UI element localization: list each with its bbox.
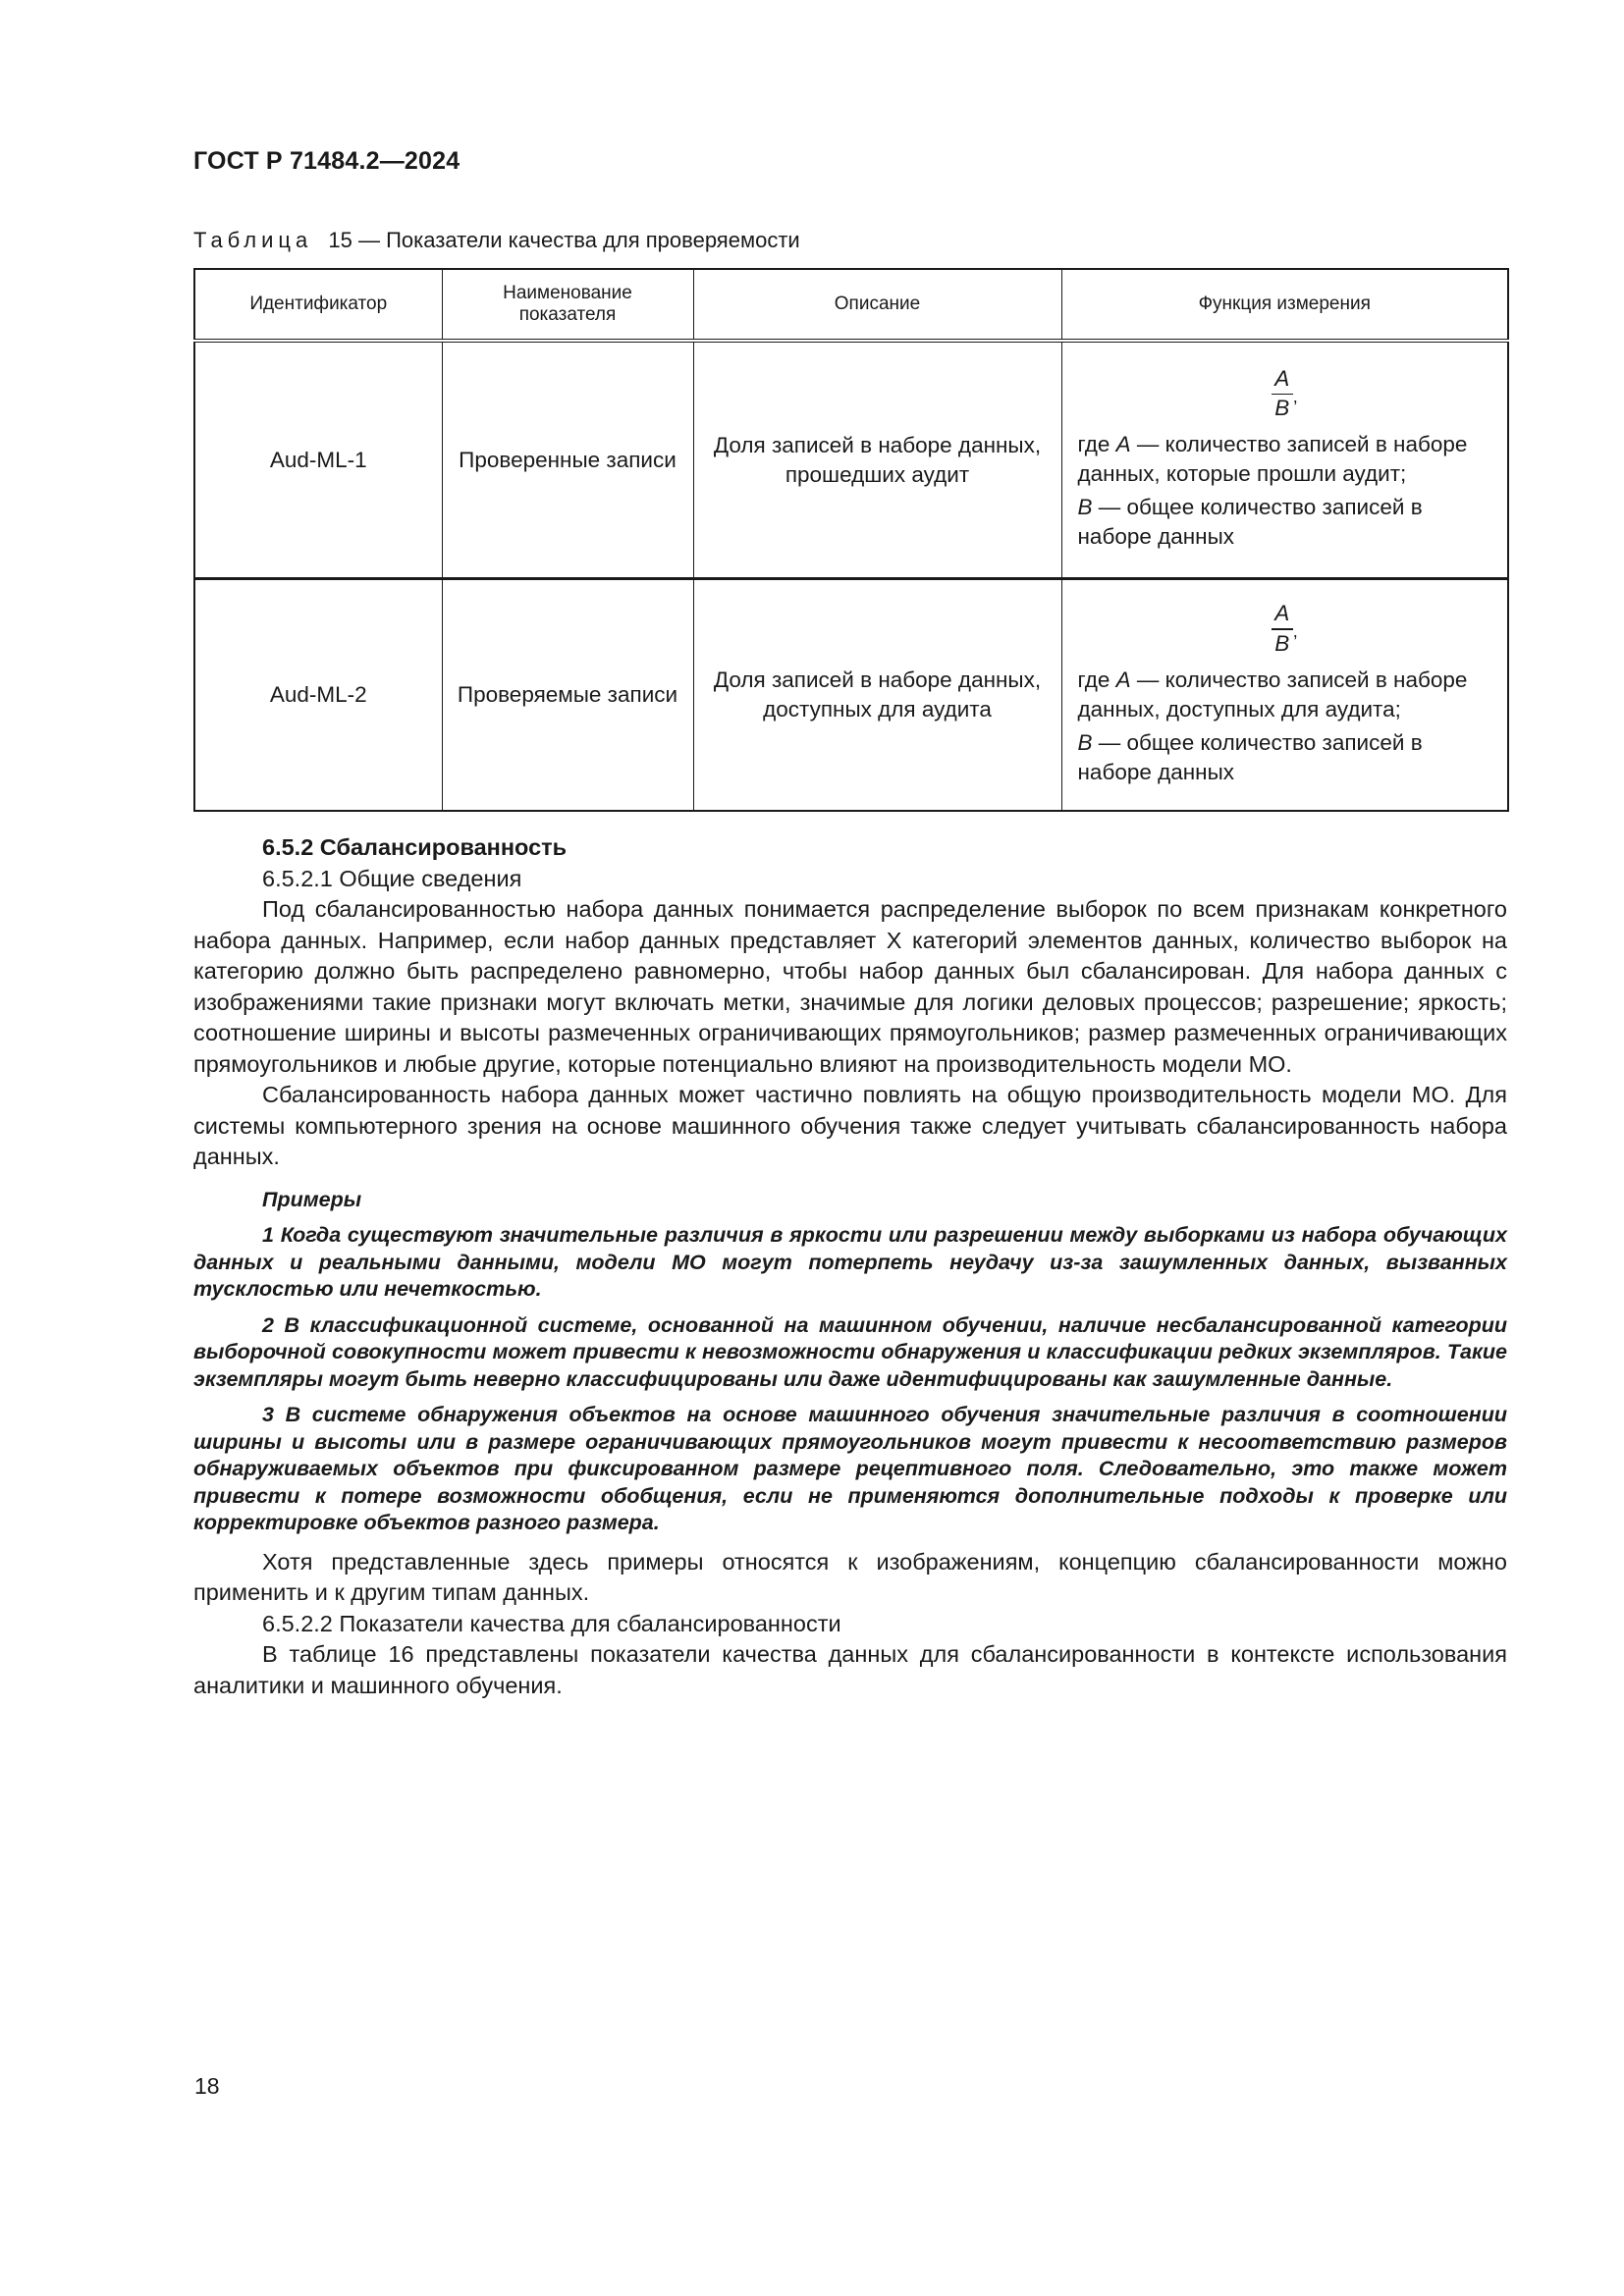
paragraph: Сбалансированность набора данных может ч… <box>193 1080 1507 1173</box>
examples-block: Примеры 1 Когда существуют значительные … <box>193 1187 1507 1537</box>
section-heading: 6.5.2 Сбалансированность <box>193 832 1507 864</box>
formula-definition-a: где A — количество записей в наборе данн… <box>1078 666 1492 724</box>
page-number: 18 <box>194 2073 220 2100</box>
examples-title: Примеры <box>193 1187 1507 1214</box>
table-caption-text: 15 — Показатели качества для проверяемос… <box>328 228 799 252</box>
formula-fraction: A B , <box>1078 366 1492 423</box>
formula-fraction: A B , <box>1078 601 1492 658</box>
column-header-metric-name: Наименование показателя <box>442 269 693 341</box>
document-header: ГОСТ Р 71484.2—2024 <box>193 147 460 176</box>
table-caption-label: Таблица <box>193 228 312 252</box>
column-header-identifier: Идентификатор <box>194 269 442 341</box>
cell-identifier: Aud-ML-1 <box>194 341 442 579</box>
formula-definition-a: где A — количество записей в наборе данн… <box>1078 430 1492 489</box>
quality-metrics-table: Идентификатор Наименование показателя Оп… <box>193 268 1509 812</box>
subsection-heading-general: 6.5.2.1 Общие сведения <box>193 864 1507 895</box>
cell-metric-name: Проверенные записи <box>442 341 693 579</box>
cell-measurement-function: A B , где A — количество записей в набор… <box>1061 341 1508 579</box>
paragraph: Под сбалансированностью набора данных по… <box>193 894 1507 1080</box>
table-row: Aud-ML-1 Проверенные записи Доля записей… <box>194 341 1508 579</box>
formula-denominator: B <box>1274 630 1289 658</box>
formula-numerator: A <box>1272 366 1291 394</box>
section-body: 6.5.2 Сбалансированность 6.5.2.1 Общие с… <box>193 832 1507 1701</box>
table-row: Aud-ML-2 Проверяемые записи Доля записей… <box>194 579 1508 812</box>
table-caption: Таблица 15 — Показатели качества для про… <box>193 228 800 253</box>
example-item: 1 Когда существуют значительные различия… <box>193 1222 1507 1304</box>
cell-identifier: Aud-ML-2 <box>194 579 442 812</box>
formula-definition-b: B — общее количество записей в наборе да… <box>1078 728 1492 787</box>
example-item: 2 В классификационной системе, основанно… <box>193 1312 1507 1394</box>
formula-denominator: B <box>1274 395 1289 422</box>
cell-description: Доля записей в наборе данных, доступных … <box>693 579 1061 812</box>
subsection-heading-metrics: 6.5.2.2 Показатели качества для сбаланси… <box>193 1609 1507 1640</box>
column-header-description: Описание <box>693 269 1061 341</box>
example-item: 3 В системе обнаружения объектов на осно… <box>193 1402 1507 1537</box>
table-header-row: Идентификатор Наименование показателя Оп… <box>194 269 1508 341</box>
cell-description: Доля записей в наборе данных, прошедших … <box>693 341 1061 579</box>
cell-measurement-function: A B , где A — количество записей в набор… <box>1061 579 1508 812</box>
paragraph: В таблице 16 представлены показатели кач… <box>193 1639 1507 1701</box>
cell-metric-name: Проверяемые записи <box>442 579 693 812</box>
formula-definition-b: B — общее количество записей в наборе да… <box>1078 493 1492 552</box>
formula-numerator: A <box>1272 601 1291 628</box>
column-header-measurement-function: Функция измерения <box>1061 269 1508 341</box>
paragraph: Хотя представленные здесь примеры относя… <box>193 1547 1507 1609</box>
